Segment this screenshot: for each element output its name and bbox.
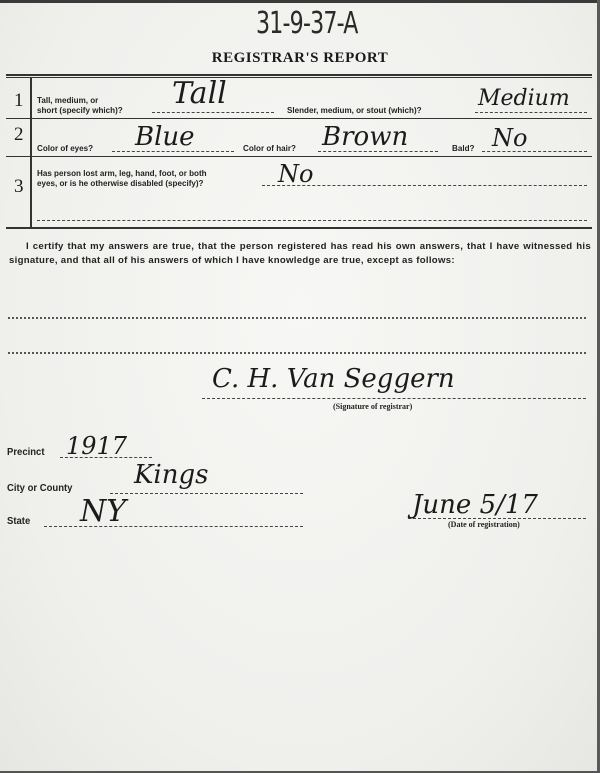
exceptions-line-2 <box>8 352 586 354</box>
build-answer-line <box>475 112 587 113</box>
state-value: NY <box>80 494 126 529</box>
height-label-line2: short (specify which)? <box>37 105 123 115</box>
row-divider <box>6 118 592 119</box>
exceptions-line-1 <box>8 317 586 319</box>
disability-label-line1: Has person lost arm, leg, hand, foot, or… <box>37 168 207 178</box>
registrars-report-card: 31-9-37-A REGISTRAR'S REPORT 1 Tall, med… <box>0 0 600 773</box>
hair-color-label: Color of hair? <box>243 143 296 153</box>
bald-answer: No <box>492 124 527 152</box>
row-number-1: 1 <box>14 90 24 112</box>
column-divider <box>30 78 32 227</box>
registrar-signature: C. H. Van Seggern <box>212 364 455 394</box>
build-label: Slender, medium, or stout (which)? <box>287 105 422 115</box>
hair-color-answer: Brown <box>322 122 408 152</box>
disability-extra-line <box>37 220 587 221</box>
signature-line <box>202 398 586 399</box>
precinct-label: Precinct <box>7 448 44 458</box>
height-answer-line <box>152 112 274 113</box>
registration-date-caption: (Date of registration) <box>448 520 520 529</box>
city-county-label: City or County <box>7 484 72 494</box>
disability-label: Has person lost arm, leg, hand, foot, or… <box>37 168 207 188</box>
disability-answer: No <box>278 160 313 188</box>
row-number-3: 3 <box>14 176 24 198</box>
registration-date-value: June 5/17 <box>412 490 538 520</box>
city-county-value: Kings <box>134 460 208 490</box>
table-bottom-rule <box>6 227 592 229</box>
signature-caption: (Signature of registrar) <box>333 402 412 411</box>
disability-label-line2: eyes, or is he otherwise disabled (speci… <box>37 178 207 188</box>
height-label-line1: Tall, medium, or <box>37 95 123 105</box>
city-county-line <box>110 493 303 494</box>
precinct-value: 1917 <box>66 432 127 460</box>
bald-label: Bald? <box>452 143 474 153</box>
eye-color-answer: Blue <box>135 122 195 152</box>
page-title: REGISTRAR'S REPORT <box>0 50 600 67</box>
table-top-rule <box>6 74 592 78</box>
certification-text: I certify that my answers are true, that… <box>9 240 591 267</box>
serial-number: 31-9-37-A <box>256 6 358 41</box>
height-label: Tall, medium, or short (specify which)? <box>37 95 123 115</box>
eye-color-label: Color of eyes? <box>37 143 93 153</box>
row-number-2: 2 <box>14 124 24 146</box>
build-answer: Medium <box>478 86 570 111</box>
height-answer: Tall <box>172 76 227 111</box>
scan-edge-top <box>0 0 600 3</box>
row-divider <box>6 156 592 157</box>
state-label: State <box>7 517 30 527</box>
